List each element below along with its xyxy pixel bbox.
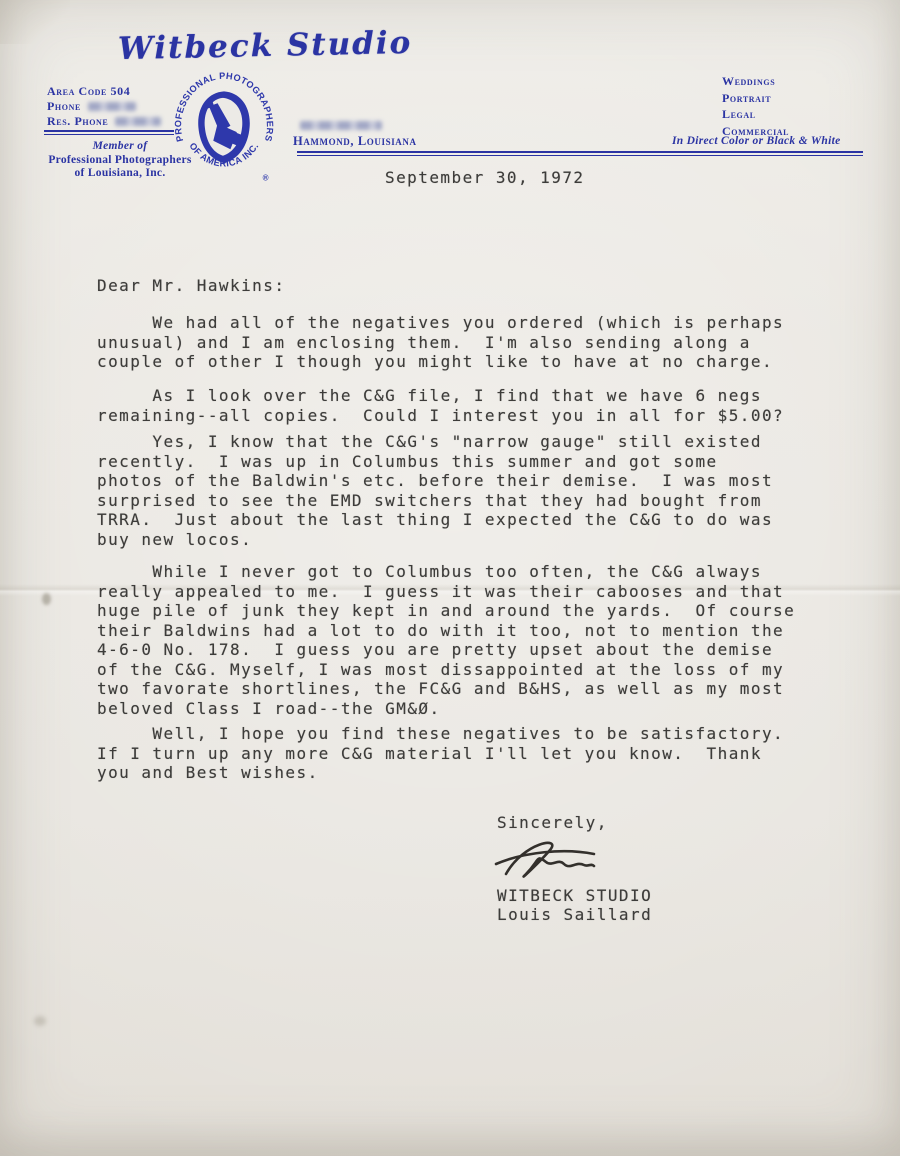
services-list: Weddings Portrait Legal Commercial [722, 74, 789, 140]
service-item-legal: Legal [722, 107, 789, 124]
redacted-street-address [300, 121, 382, 130]
paragraph-4: While I never got to Columbus too often,… [97, 562, 795, 718]
phone-line: Phone [47, 99, 161, 114]
paper-speck [34, 1016, 46, 1026]
phone-label: Phone [47, 99, 81, 114]
city-state-line: Hammond, Louisiana [293, 134, 417, 149]
letter-date: September 30, 1972 [385, 168, 585, 188]
professional-photographers-seal-icon: PROFESSIONAL PHOTOGRAPHERS OF AMERICA IN… [170, 70, 278, 190]
signed-name: Louis Saillard [497, 905, 652, 925]
color-tagline: In Direct Color or Black & White [672, 135, 841, 147]
paper-speck [42, 593, 51, 605]
contact-block: Area Code 504 Phone Res. Phone [47, 84, 161, 129]
paper-corner-shadow [0, 0, 70, 44]
area-code-line: Area Code 504 [47, 84, 161, 99]
service-item-weddings: Weddings [722, 74, 789, 91]
res-phone-label: Res. Phone [47, 114, 108, 129]
studio-name-script: Witbeck Studio [118, 25, 413, 67]
paragraph-5: Well, I hope you find these negatives to… [97, 724, 784, 783]
registered-trademark-icon: ® [263, 173, 269, 182]
letterhead-rule-long [297, 151, 863, 156]
paragraph-2: As I look over the C&G file, I find that… [97, 386, 784, 425]
paragraph-3: Yes, I know that the C&G's "narrow gauge… [97, 432, 773, 549]
scanned-letter-page: Witbeck Studio Area Code 504 Phone Res. … [0, 0, 900, 1156]
res-phone-line: Res. Phone [47, 114, 161, 129]
service-item-portrait: Portrait [722, 91, 789, 108]
salutation: Dear Mr. Hawkins: [97, 276, 285, 296]
paragraph-1: We had all of the negatives you ordered … [97, 313, 784, 372]
redacted-phone-number [88, 102, 136, 111]
closing-line: Sincerely, [497, 813, 608, 833]
signed-company: WITBECK STUDIO [497, 886, 652, 906]
handwritten-signature [490, 834, 630, 892]
letterhead-rule-left [44, 130, 174, 135]
redacted-res-phone-number [115, 117, 161, 126]
